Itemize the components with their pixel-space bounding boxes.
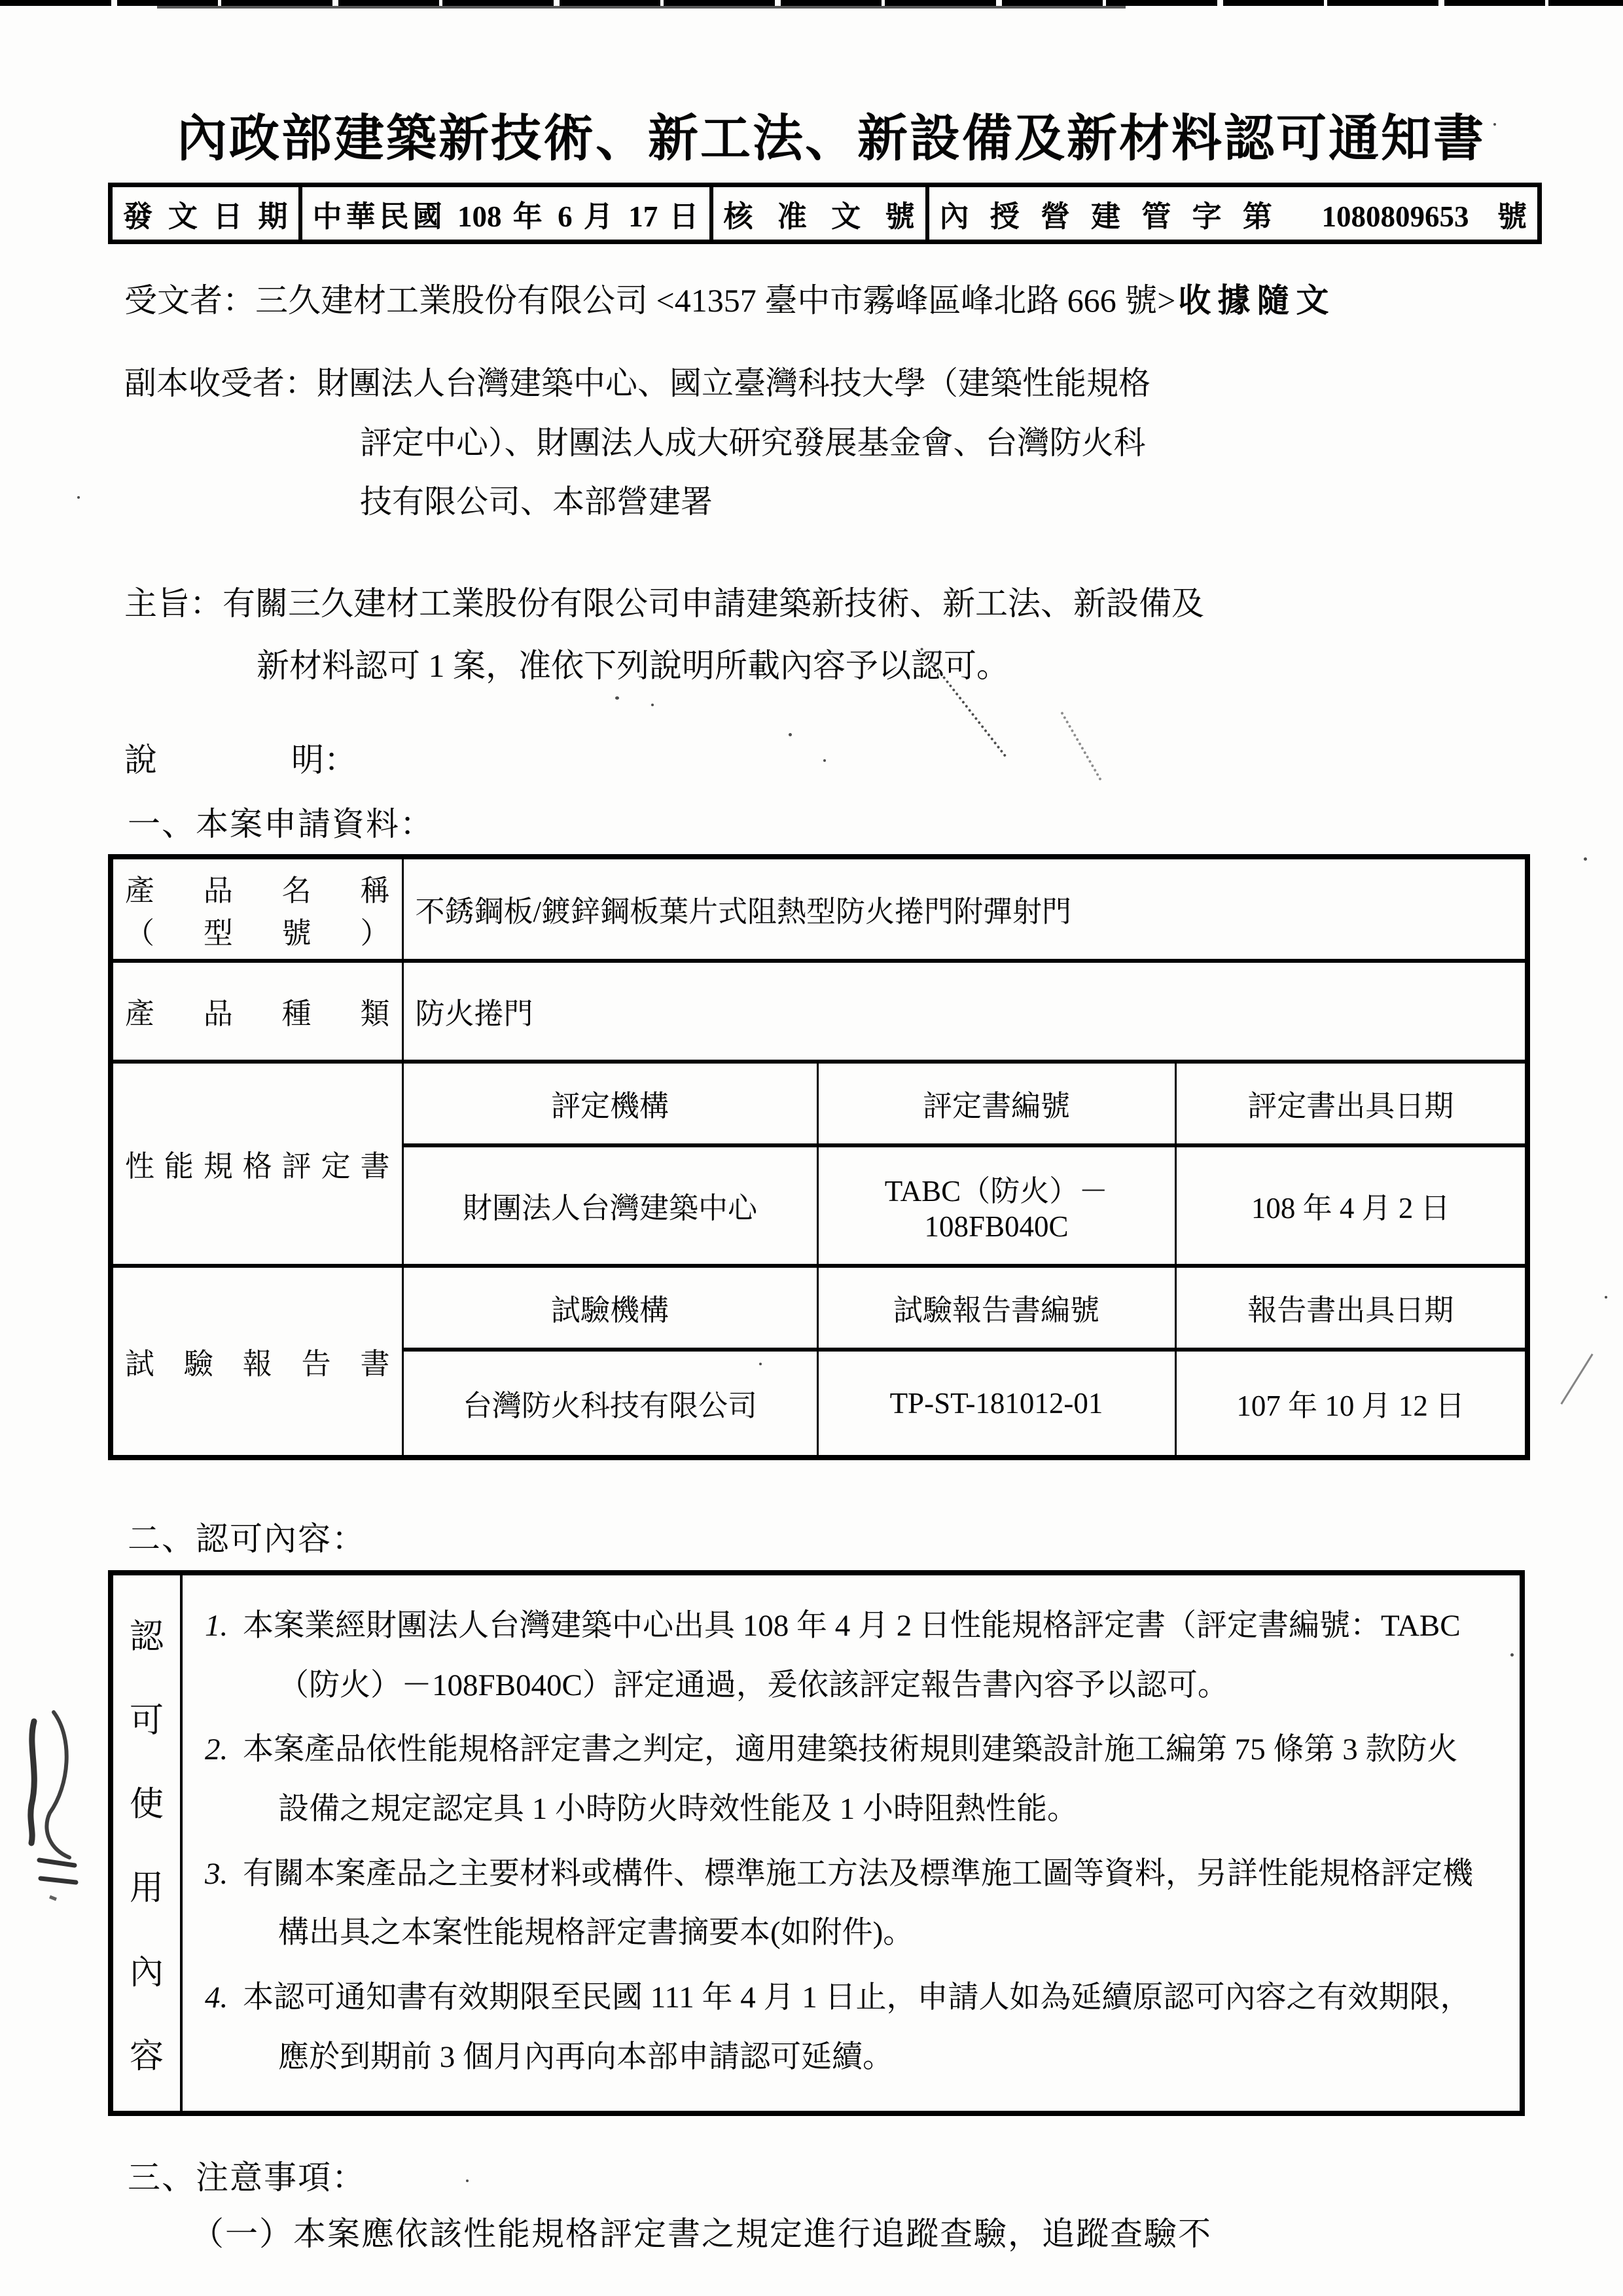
noise-dot (658, 127, 662, 130)
issue-date-value: 中華民國 108 年 6 月 17 日 (300, 185, 711, 242)
approval-item-number: 4. (205, 1968, 243, 2028)
section3-heading: 三、注意事項： (128, 2151, 1623, 2198)
approval-item: 1.本案業經財團法人台灣建築中心出具 108 年 4 月 2 日性能規格評定書（… (205, 1596, 1480, 1715)
issuance-header-row: 發文日期 中華民國 108 年 6 月 17 日 核准文號 內授營建管字第 10… (111, 185, 1540, 242)
product-name-row: 產品名稱 （型號） 不銹鋼板/鍍鋅鋼板葉片式阻熱型防火捲門附彈射門 (111, 857, 1527, 961)
product-name-value: 不銹鋼板/鍍鋅鋼板葉片式阻熱型防火捲門附彈射門 (402, 857, 1527, 961)
product-type-value: 防火捲門 (402, 961, 1527, 1062)
cc-label: 副本收受者： (124, 354, 317, 414)
subject-line: 新材料認可 1 案，准依下列說明所載內容予以認可。 (223, 635, 1204, 697)
product-name-label-cell: 產品名稱 （型號） (111, 857, 402, 961)
document-title: 內政部建築新技術、新工法、新設備及新材料認可通知書 (124, 0, 1538, 171)
approval-content-box: 認 可 使 用 內 容 1.本案業經財團法人台灣建築中心出具 108 年 4 月… (108, 1570, 1525, 2116)
test-org-value: 台灣防火科技有限公司 (402, 1350, 817, 1458)
noise-dot (651, 704, 654, 706)
test-header-row: 試驗報告書 試驗機構 試驗報告書編號 報告書出具日期 (111, 1266, 1527, 1350)
approval-number-value: 內授營建管字第 1080809653 號 (927, 185, 1540, 242)
explanation-label-right: 明： (291, 734, 357, 781)
approval-item: 2.本案產品依性能規格評定書之判定，適用建築技術規則建築設計施工編第 75 條第… (205, 1720, 1480, 1839)
evaluation-number-value: TABC（防火）－108FB040C (817, 1145, 1175, 1266)
test-date-value: 107 年 10 月 12 日 (1175, 1350, 1527, 1458)
evaluation-number-header: 評定書編號 (817, 1062, 1175, 1145)
issuance-header-table: 發文日期 中華民國 108 年 6 月 17 日 核准文號 內授營建管字第 10… (108, 183, 1542, 244)
approval-number-label: 核准文號 (711, 185, 927, 242)
explanation-gap (157, 734, 291, 781)
test-date-header: 報告書出具日期 (1175, 1266, 1527, 1350)
side-char: 可 (130, 1693, 164, 1742)
scan-edge-artifact (0, 0, 1623, 6)
section1-heading: 一、本案申請資料： (128, 798, 1623, 845)
section3-item: （一）本案應依該性能規格評定書之規定進行追蹤查驗，追蹤查驗不 (191, 2208, 1623, 2255)
side-char: 認 (130, 1609, 164, 1658)
noise-dot (1510, 1653, 1514, 1657)
side-char: 內 (130, 1945, 164, 1994)
application-data-table: 產品名稱 （型號） 不銹鋼板/鍍鋅鋼板葉片式阻熱型防火捲門附彈射門 產品種類 防… (108, 854, 1530, 1460)
noise-dot (466, 2179, 469, 2182)
approval-box-side-label: 認 可 使 用 內 容 (113, 1575, 183, 2111)
test-number-header: 試驗報告書編號 (817, 1266, 1175, 1350)
approval-item-number: 1. (205, 1596, 243, 1656)
evaluation-org-value: 財團法人台灣建築中心 (402, 1145, 817, 1266)
evaluation-date-header: 評定書出具日期 (1175, 1062, 1527, 1145)
approval-item-text: 有關本案產品之主要材料或構件、標準施工方法及標準施工圖等資料，另詳性能規格評定機… (243, 1857, 1473, 1950)
issue-date-label: 發文日期 (111, 185, 300, 242)
noise-dot (615, 696, 619, 700)
evaluation-org-header: 評定機構 (402, 1062, 817, 1145)
subject-lines: 有關三久建材工業股份有限公司申請建築新技術、新工法、新設備及 新材料認可 1 案… (223, 573, 1204, 697)
section2-heading: 二、認可內容： (128, 1513, 1623, 1560)
side-char: 用 (130, 1860, 164, 1909)
scan-smudge-artifact (12, 1700, 84, 1910)
noise-dot (823, 759, 826, 762)
subject-block: 主旨： 有關三久建材工業股份有限公司申請建築新技術、新工法、新設備及 新材料認可… (124, 573, 1623, 697)
noise-dot (77, 496, 80, 499)
scanned-approval-notice-page: 內政部建築新技術、新工法、新設備及新材料認可通知書 發文日期 中華民國 108 … (0, 0, 1623, 2296)
explanation-heading: 說明： (124, 734, 1623, 781)
test-section-label: 試驗報告書 (111, 1266, 402, 1458)
noise-dot (759, 1363, 762, 1365)
product-type-row: 產品種類 防火捲門 (111, 961, 1527, 1062)
noise-dot (1605, 1296, 1607, 1299)
approval-item: 3.有關本案產品之主要材料或構件、標準施工方法及標準施工圖等資料，另詳性能規格評… (205, 1844, 1480, 1963)
receipt-stamp-text: 收據隨文 (1178, 282, 1335, 319)
test-org-header: 試驗機構 (402, 1266, 817, 1350)
noise-dot (1584, 857, 1587, 861)
recipient-line: 受文者：三久建材工業股份有限公司 <41357 臺中市霧峰區峰北路 666 號>… (124, 274, 1623, 321)
evaluation-date-value: 108 年 4 月 2 日 (1175, 1145, 1527, 1266)
product-name-label-line2: （型號） (125, 909, 390, 952)
cc-block: 副本收受者： 財團法人台灣建築中心、國立臺灣科技大學（建築性能規格 評定中心）、… (124, 354, 1623, 532)
recipient-label: 受文者： (124, 282, 255, 319)
noise-dot (1493, 123, 1496, 126)
approval-box-content: 1.本案業經財團法人台灣建築中心出具 108 年 4 月 2 日性能規格評定書（… (183, 1575, 1520, 2111)
subject-label: 主旨： (124, 573, 223, 635)
evaluation-section-label: 性能規格評定書 (111, 1062, 402, 1266)
product-type-label: 產品種類 (111, 961, 402, 1062)
cc-line: 財團法人台灣建築中心、國立臺灣科技大學（建築性能規格 (317, 354, 1150, 414)
test-number-value: TP-ST-181012-01 (817, 1350, 1175, 1458)
scan-scratch-artifact (1560, 1354, 1593, 1405)
cc-line: 技有限公司、本部營建署 (317, 473, 1150, 532)
approval-item-text: 本案業經財團法人台灣建築中心出具 108 年 4 月 2 日性能規格評定書（評定… (243, 1609, 1461, 1702)
noise-dot (789, 733, 792, 736)
approval-item-text: 本認可通知書有效期限至民國 111 年 4 月 1 日止，申請人如為延續原認可內… (243, 1981, 1471, 2074)
side-char: 容 (130, 2028, 164, 2077)
approval-item-text: 本案產品依性能規格評定書之判定，適用建築技術規則建築設計施工編第 75 條第 3… (243, 1732, 1458, 1826)
cc-lines: 財團法人台灣建築中心、國立臺灣科技大學（建築性能規格 評定中心）、財團法人成大研… (317, 354, 1150, 532)
explanation-label-left: 說 (124, 734, 157, 781)
approval-item-number: 3. (205, 1844, 243, 1904)
scan-edge-artifact-2 (157, 6, 1126, 9)
side-char: 使 (130, 1776, 164, 1825)
cc-line: 評定中心）、財團法人成大研究發展基金會、台灣防火科 (317, 414, 1150, 473)
subject-line: 有關三久建材工業股份有限公司申請建築新技術、新工法、新設備及 (223, 573, 1204, 635)
product-name-label-line1: 產品名稱 (125, 867, 390, 909)
evaluation-header-row: 性能規格評定書 評定機構 評定書編號 評定書出具日期 (111, 1062, 1527, 1145)
approval-item-number: 2. (205, 1720, 243, 1780)
approval-item: 4.本認可通知書有效期限至民國 111 年 4 月 1 日止，申請人如為延續原認… (205, 1968, 1480, 2087)
recipient-value: 三久建材工業股份有限公司 <41357 臺中市霧峰區峰北路 666 號> (255, 282, 1175, 319)
